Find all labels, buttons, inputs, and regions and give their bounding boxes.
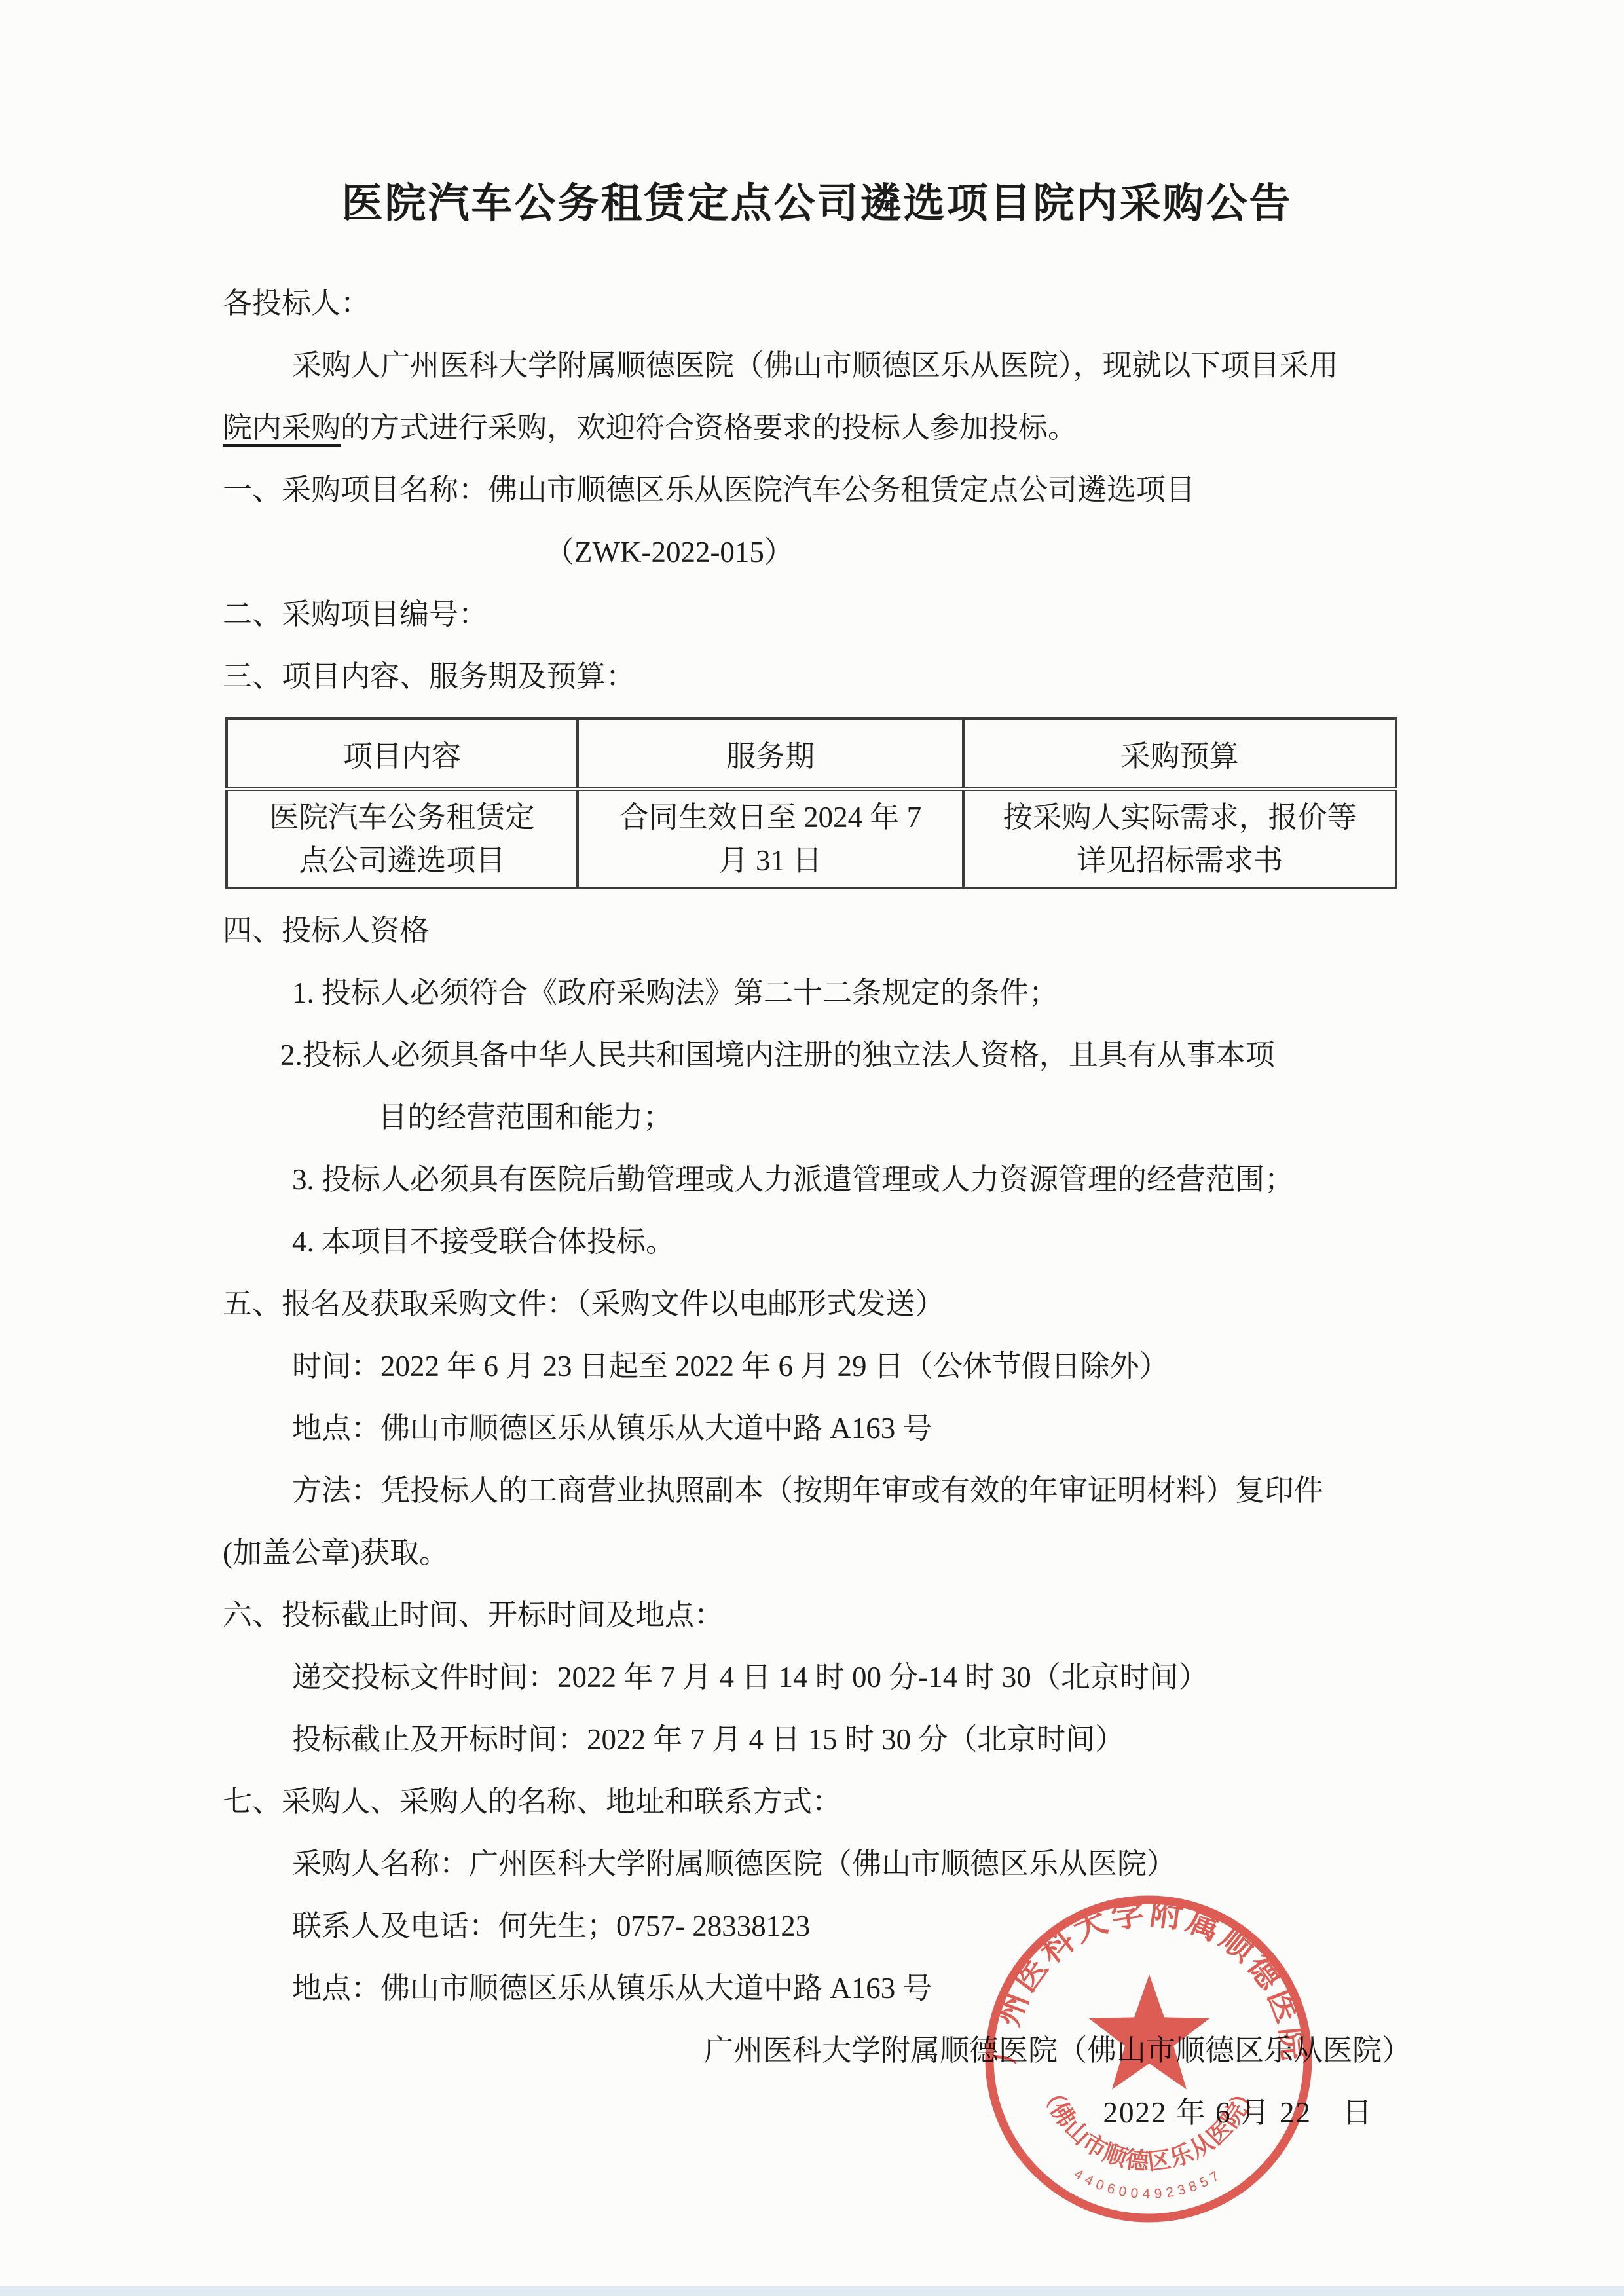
official-seal: 广州医科大学附属顺德医院 （佛山市顺德区乐从医院） 4406004923857 (978, 1889, 1319, 2229)
project-code: （ZWK-2022-015） (223, 521, 1411, 583)
section-7-contact-heading: 七、采购人、采购人的名称、地址和联系方式： (223, 1771, 1411, 1833)
seal-serial-digits: 4406004923857 (1071, 2166, 1225, 2202)
table-row: 医院汽车公务租赁定 点公司遴选项目 合同生效日至 2024 年 7 月 31 日… (227, 789, 1396, 889)
section-1-project-name: 一、采购项目名称：佛山市顺德区乐从医院汽车公务租赁定点公司遴选项目 (223, 459, 1411, 521)
salutation: 各投标人： (223, 272, 1411, 335)
document-title: 医院汽车公务租赁定点公司遴选项目院内采购公告 (223, 170, 1411, 237)
registration-method-line-1: 方法：凭投标人的工商营业执照副本（按期年审或有效的年审证明材料）复印件 (223, 1460, 1411, 1522)
announcement-page: 医院汽车公务租赁定点公司遴选项目院内采购公告 各投标人： 采购人广州医科大学附属… (0, 0, 1624, 2296)
section-2-project-number: 二、采购项目编号： (223, 583, 1411, 646)
registration-place: 地点：佛山市顺德区乐从镇乐从大道中路 A163 号 (223, 1398, 1411, 1460)
section-4-qualification-heading: 四、投标人资格 (223, 900, 1411, 962)
section-5-registration-heading: 五、报名及获取采购文件：（采购文件以电邮形式发送） (223, 1273, 1411, 1335)
col-header-budget: 采购预算 (963, 718, 1396, 789)
col-header-project-content: 项目内容 (227, 718, 578, 789)
scan-edge-artifact (0, 2286, 1624, 2296)
section-6-deadline-heading: 六、投标截止时间、开标时间及地点： (223, 1584, 1411, 1646)
intro-line-1: 采购人广州医科大学附属顺德医院（佛山市顺德区乐从医院），现就以下项目采用 (223, 335, 1411, 397)
project-spec-table: 项目内容 服务期 采购预算 医院汽车公务租赁定 点公司遴选项目 合同生效日至 2… (225, 717, 1397, 889)
qualification-item-2-line-1: 2.投标人必须具备中华人民共和国境内注册的独立法人资格，且具有从事本项 (223, 1024, 1411, 1086)
section-3-content-heading: 三、项目内容、服务期及预算： (223, 646, 1411, 708)
qualification-item-2-line-2: 目的经营范围和能力； (223, 1086, 1411, 1149)
table-header-row: 项目内容 服务期 采购预算 (227, 718, 1396, 789)
deadline-open-time: 投标截止及开标时间：2022 年 7 月 4 日 15 时 30 分（北京时间） (223, 1709, 1411, 1771)
registration-time: 时间：2022 年 6 月 23 日起至 2022 年 6 月 29 日（公休节… (223, 1335, 1411, 1398)
registration-method-line-2: (加盖公章)获取。 (223, 1522, 1411, 1584)
cell-budget: 按采购人实际需求，报价等 详见招标需求书 (963, 789, 1396, 889)
col-header-service-period: 服务期 (578, 718, 963, 789)
intro-line-2-rest: 的方式进行采购，欢迎符合资格要求的投标人参加投标。 (341, 411, 1077, 444)
purchaser-name: 采购人名称：广州医科大学附属顺德医院（佛山市顺德区乐从医院） (223, 1833, 1411, 1895)
qualification-item-1: 1. 投标人必须符合《政府采购法》第二十二条规定的条件； (223, 962, 1411, 1024)
cell-project-content: 医院汽车公务租赁定 点公司遴选项目 (227, 789, 578, 889)
seal-star-icon (1089, 1974, 1210, 2090)
deadline-submit-time: 递交投标文件时间：2022 年 7 月 4 日 14 时 00 分-14 时 3… (223, 1646, 1411, 1709)
document-body: 医院汽车公务租赁定点公司遴选项目院内采购公告 各投标人： 采购人广州医科大学附属… (223, 0, 1411, 2144)
qualification-item-3: 3. 投标人必须具有医院后勤管理或人力派遣管理或人力资源管理的经营范围； (223, 1149, 1411, 1211)
qualification-item-4: 4. 本项目不接受联合体投标。 (223, 1211, 1411, 1273)
seal-inner-text: （佛山市顺德区乐从医院） (1037, 2079, 1261, 2175)
intro-line-2: 院内采购的方式进行采购，欢迎符合资格要求的投标人参加投标。 (223, 397, 1411, 459)
cell-service-period: 合同生效日至 2024 年 7 月 31 日 (578, 789, 963, 889)
underlined-term: 院内采购 (223, 411, 341, 444)
